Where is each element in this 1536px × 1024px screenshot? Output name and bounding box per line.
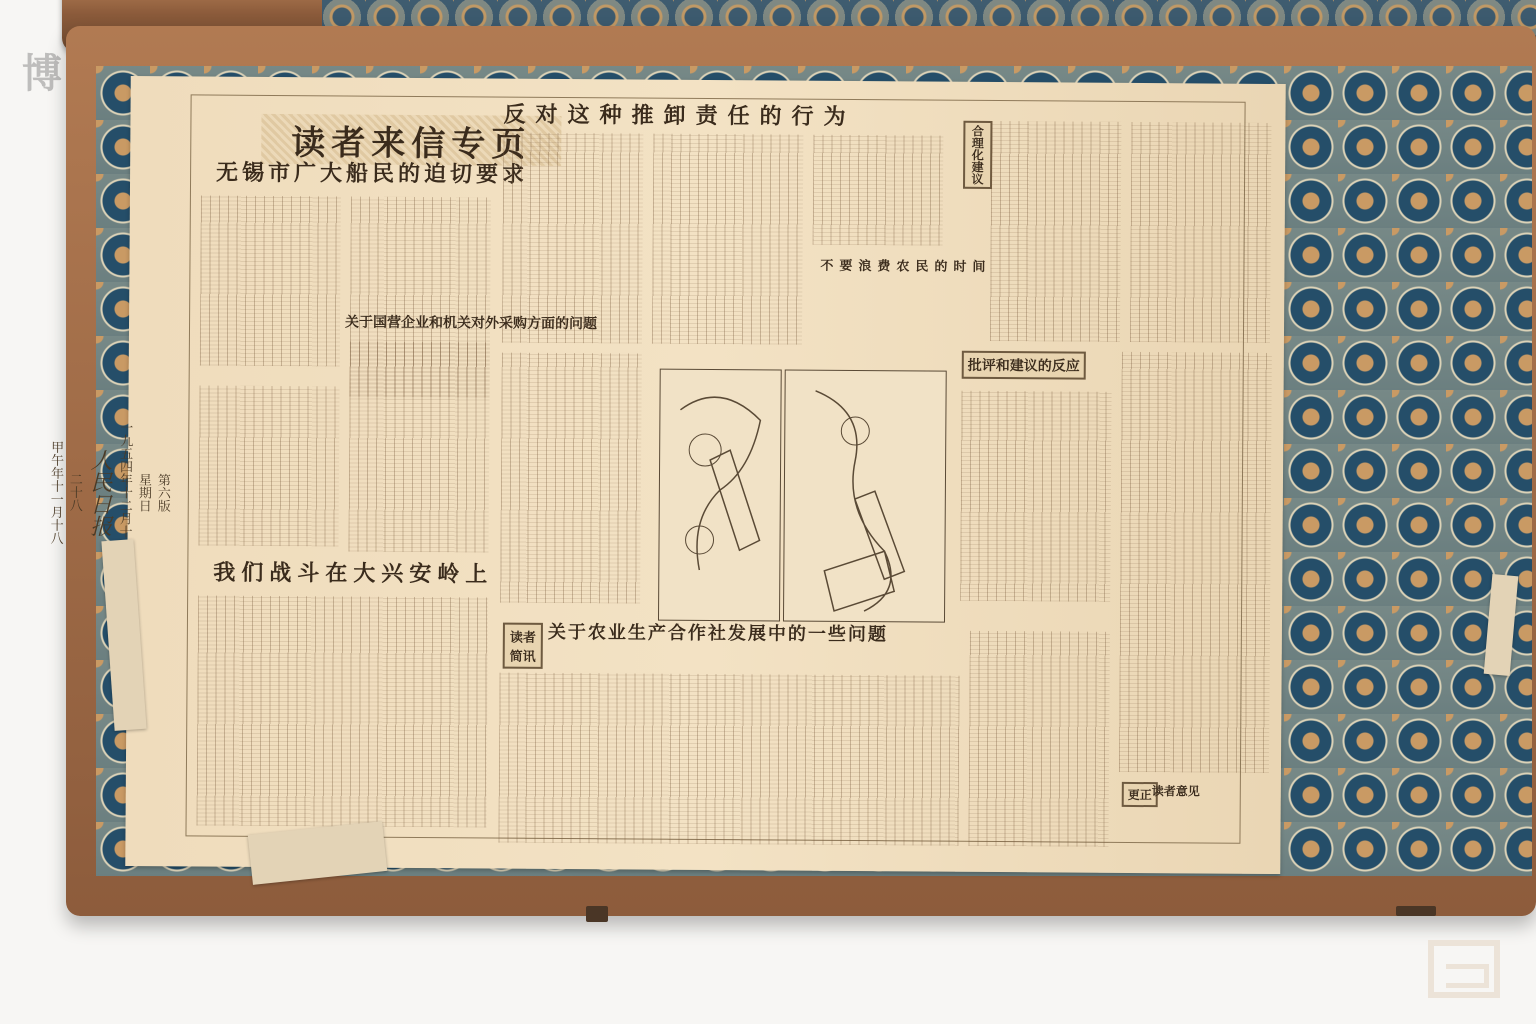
cartoon-right <box>783 370 947 623</box>
article-text <box>502 133 643 344</box>
article-text <box>990 121 1122 342</box>
headline: 无锡市广大船民的迫切要求 <box>216 156 528 189</box>
museum-logo-icon <box>1428 940 1500 998</box>
article-text <box>500 353 642 604</box>
page-label: 第六版 <box>153 473 172 512</box>
article-text <box>960 391 1111 602</box>
headline: 反对这种推卸责任的行为 <box>503 98 855 131</box>
headline: 我们战斗在大兴安岭上 <box>213 556 493 589</box>
latch <box>1396 906 1436 916</box>
article-text <box>813 135 944 246</box>
article-text <box>198 385 339 546</box>
article-text <box>968 631 1109 847</box>
cartoon-drawing <box>784 371 946 622</box>
paper-name: 人民日报 <box>84 448 116 536</box>
weekday: 星期日 <box>134 473 153 512</box>
newspaper-sheet: 读者来信专页 无锡市广大船民的迫切要求 关于国营企业和机关对外采购方面的问题 我… <box>185 94 1245 843</box>
article-text <box>652 134 803 345</box>
article-text <box>498 673 959 846</box>
boxed-headline: 批评和建议的反应 <box>962 351 1086 380</box>
article-text <box>1119 352 1272 773</box>
masthead-strip: 第六版 星期日 一九五四年十二月十二日 人民日报 二十八 甲午年十一月十八 <box>148 160 175 825</box>
latch <box>586 906 608 922</box>
article-text <box>1130 122 1272 343</box>
edition: 二十八 <box>65 473 84 512</box>
article-text <box>348 342 489 553</box>
boxed-label: 读者简讯 <box>503 623 543 669</box>
article-text <box>197 595 489 827</box>
lunar-date: 甲午年十一月十八 <box>46 440 66 544</box>
cartoon-drawing <box>659 370 781 621</box>
headline: 关于农业生产合作社发展中的一些问题 <box>548 618 888 646</box>
boxed-label: 合理化建议 <box>963 121 992 189</box>
newspaper-page: 第六版 星期日 一九五四年十二月十二日 人民日报 二十八 甲午年十一月十八 读者… <box>125 76 1285 874</box>
article-text <box>200 195 341 366</box>
cartoon-left <box>658 369 782 622</box>
headline: 不要浪费农民的时间 <box>820 255 991 275</box>
headline: 读者意见 <box>1152 782 1200 799</box>
